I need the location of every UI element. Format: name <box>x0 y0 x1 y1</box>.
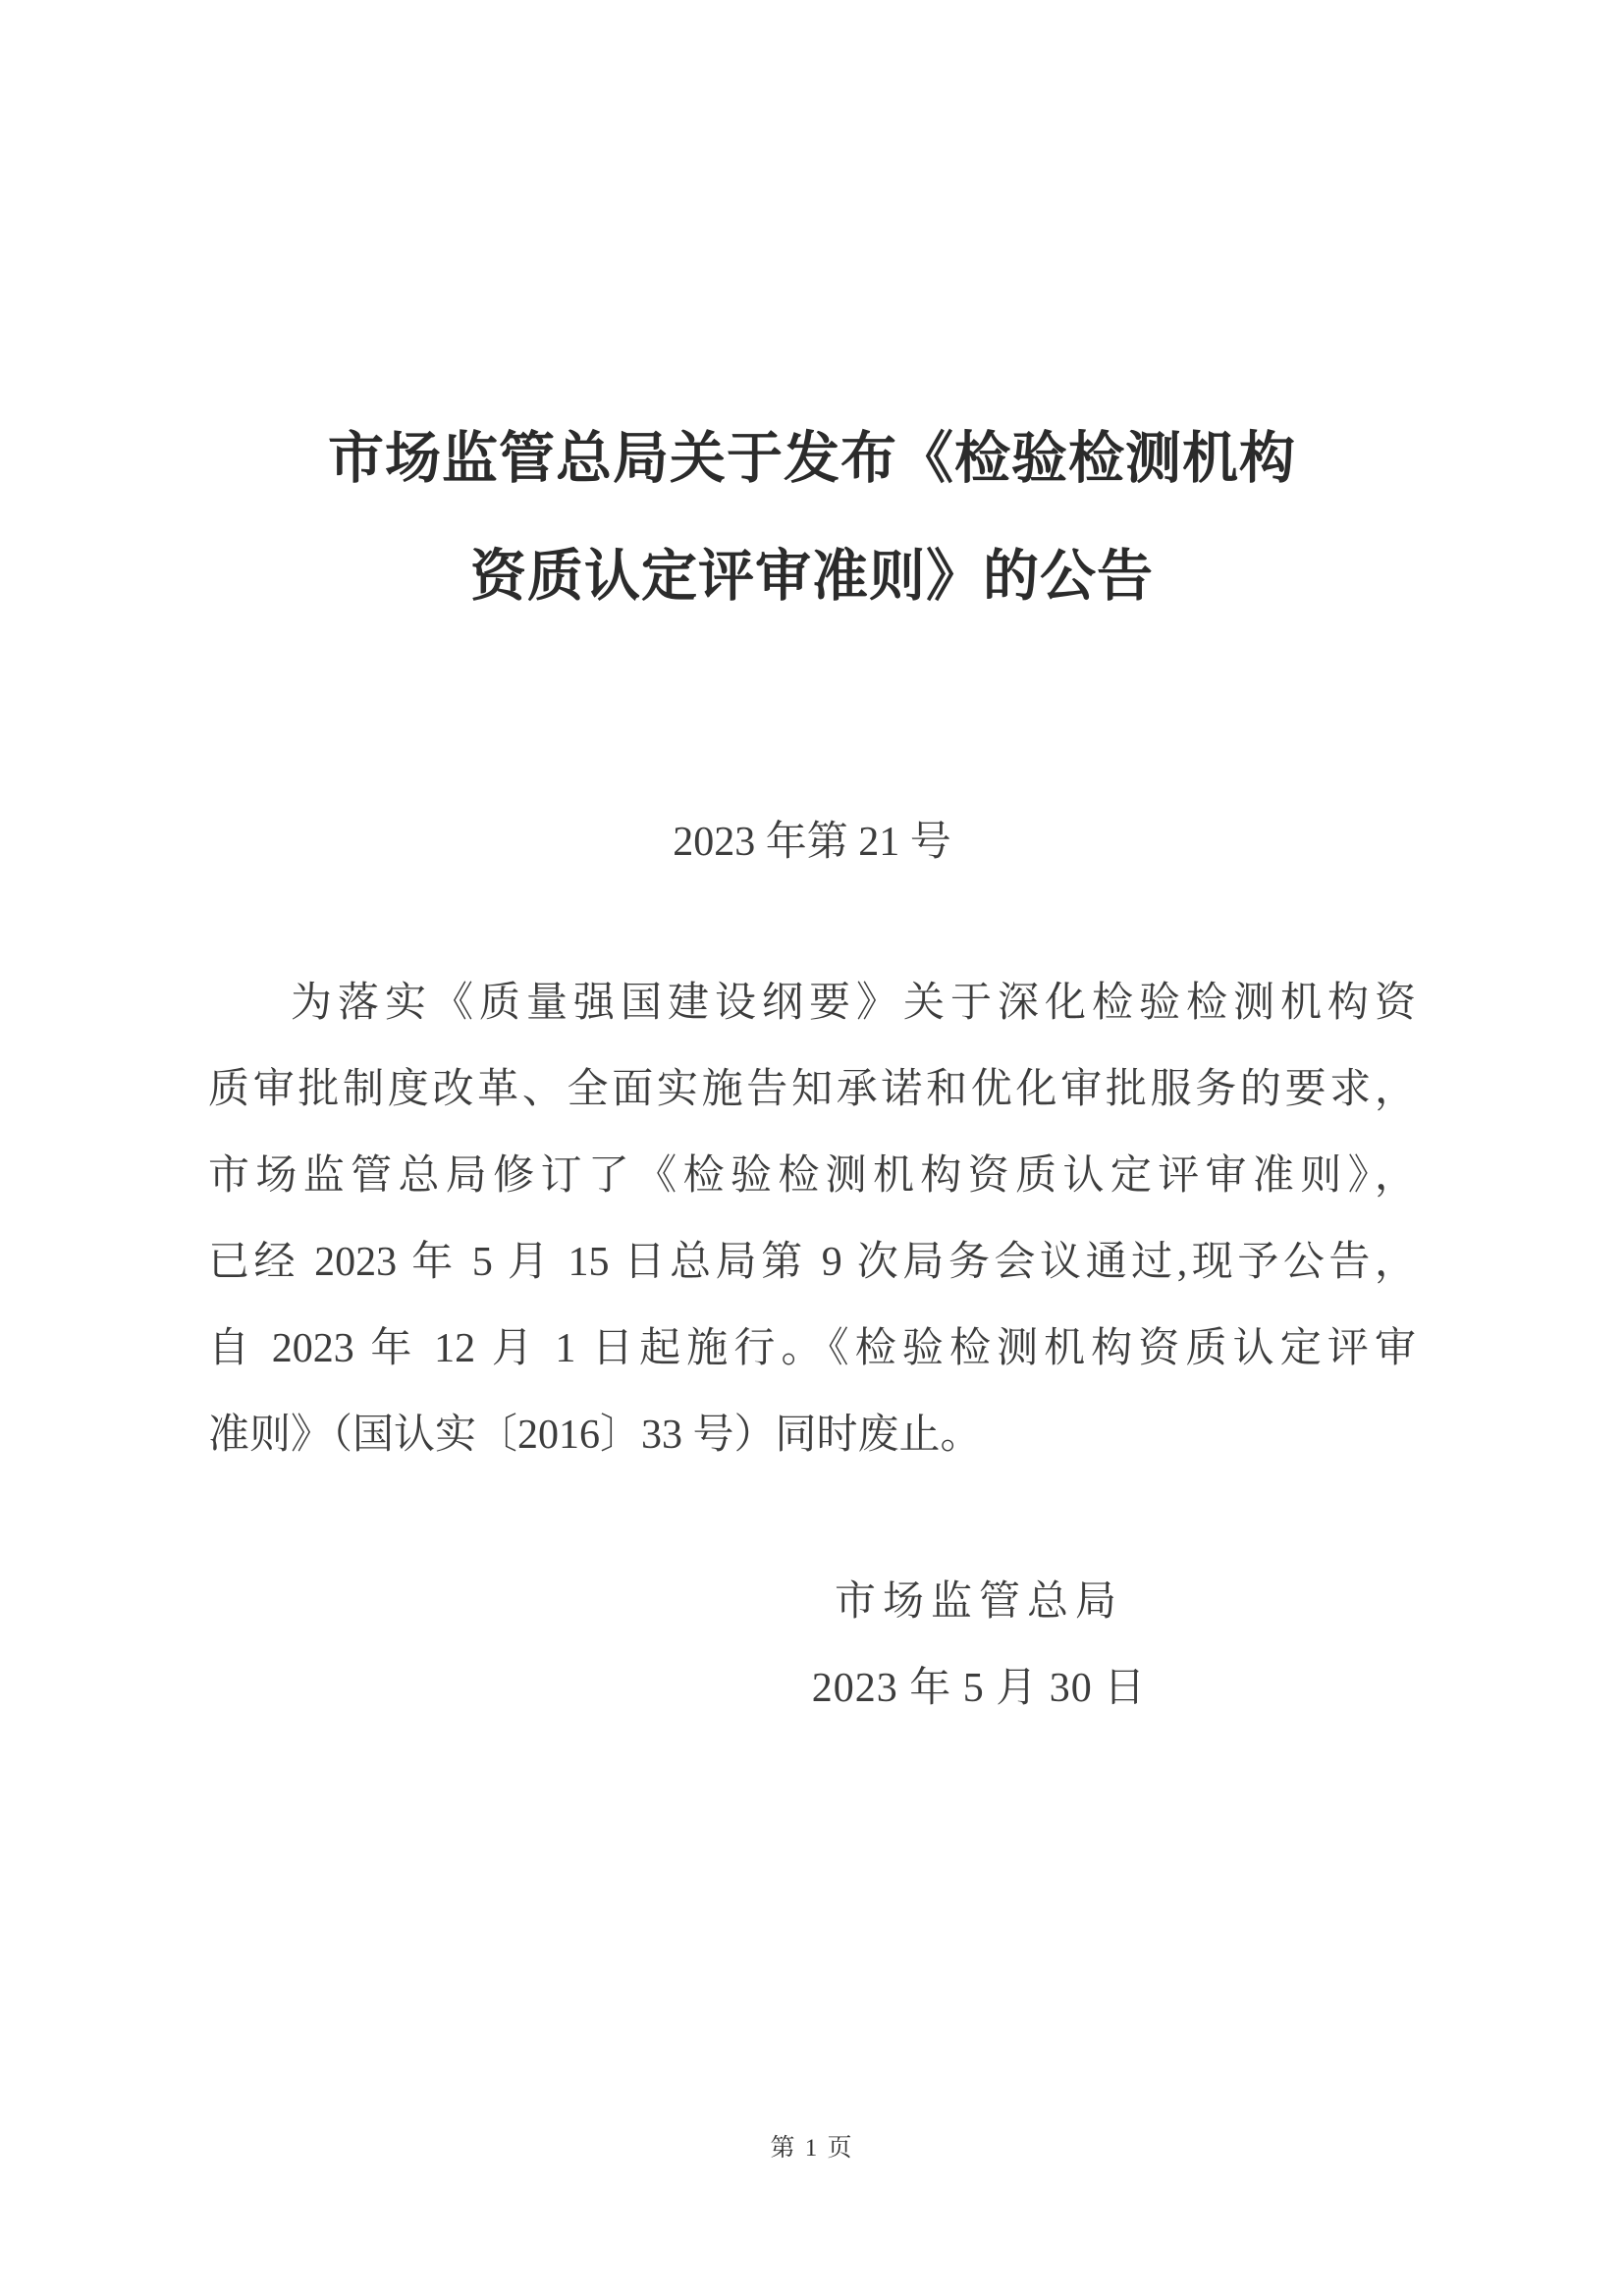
body-line: 准则》（国认实〔2016〕33 号）同时废止。 <box>208 1392 1416 1478</box>
body-line: 市场监管总局修订了《检验检测机构资质认定评审准则》， <box>208 1133 1416 1219</box>
signature-block: 市场监管总局 2023 年 5 月 30 日 <box>334 1559 1624 1732</box>
document-number: 2023 年第 21 号 <box>0 813 1624 872</box>
body-line: 为落实《质量强国建设纲要》关于深化检验检测机构资 <box>208 960 1416 1046</box>
page-number-footer: 第 1 页 <box>0 2132 1624 2165</box>
signature-issuer: 市场监管总局 <box>334 1559 1624 1645</box>
signature-date: 2023 年 5 月 30 日 <box>334 1645 1624 1732</box>
body-line: 已经 2023 年 5 月 15 日总局第 9 次局务会议通过,现予公告， <box>208 1219 1416 1306</box>
document-title-line-1: 市场监管总局关于发布《检验检测机构 <box>0 400 1624 518</box>
document-title-line-2: 资质认定评审准则》的公告 <box>0 518 1624 636</box>
body-line: 自 2023 年 12 月 1 日起施行。《检验检测机构资质认定评审 <box>208 1306 1416 1392</box>
document-page: 市场监管总局关于发布《检验检测机构 资质认定评审准则》的公告 2023 年第 2… <box>0 0 1624 2296</box>
body-line: 质审批制度改革、全面实施告知承诺和优化审批服务的要求， <box>208 1046 1416 1133</box>
announcement-body: 为落实《质量强国建设纲要》关于深化检验检测机构资 质审批制度改革、全面实施告知承… <box>0 960 1624 1478</box>
document-title: 市场监管总局关于发布《检验检测机构 资质认定评审准则》的公告 <box>0 0 1624 636</box>
